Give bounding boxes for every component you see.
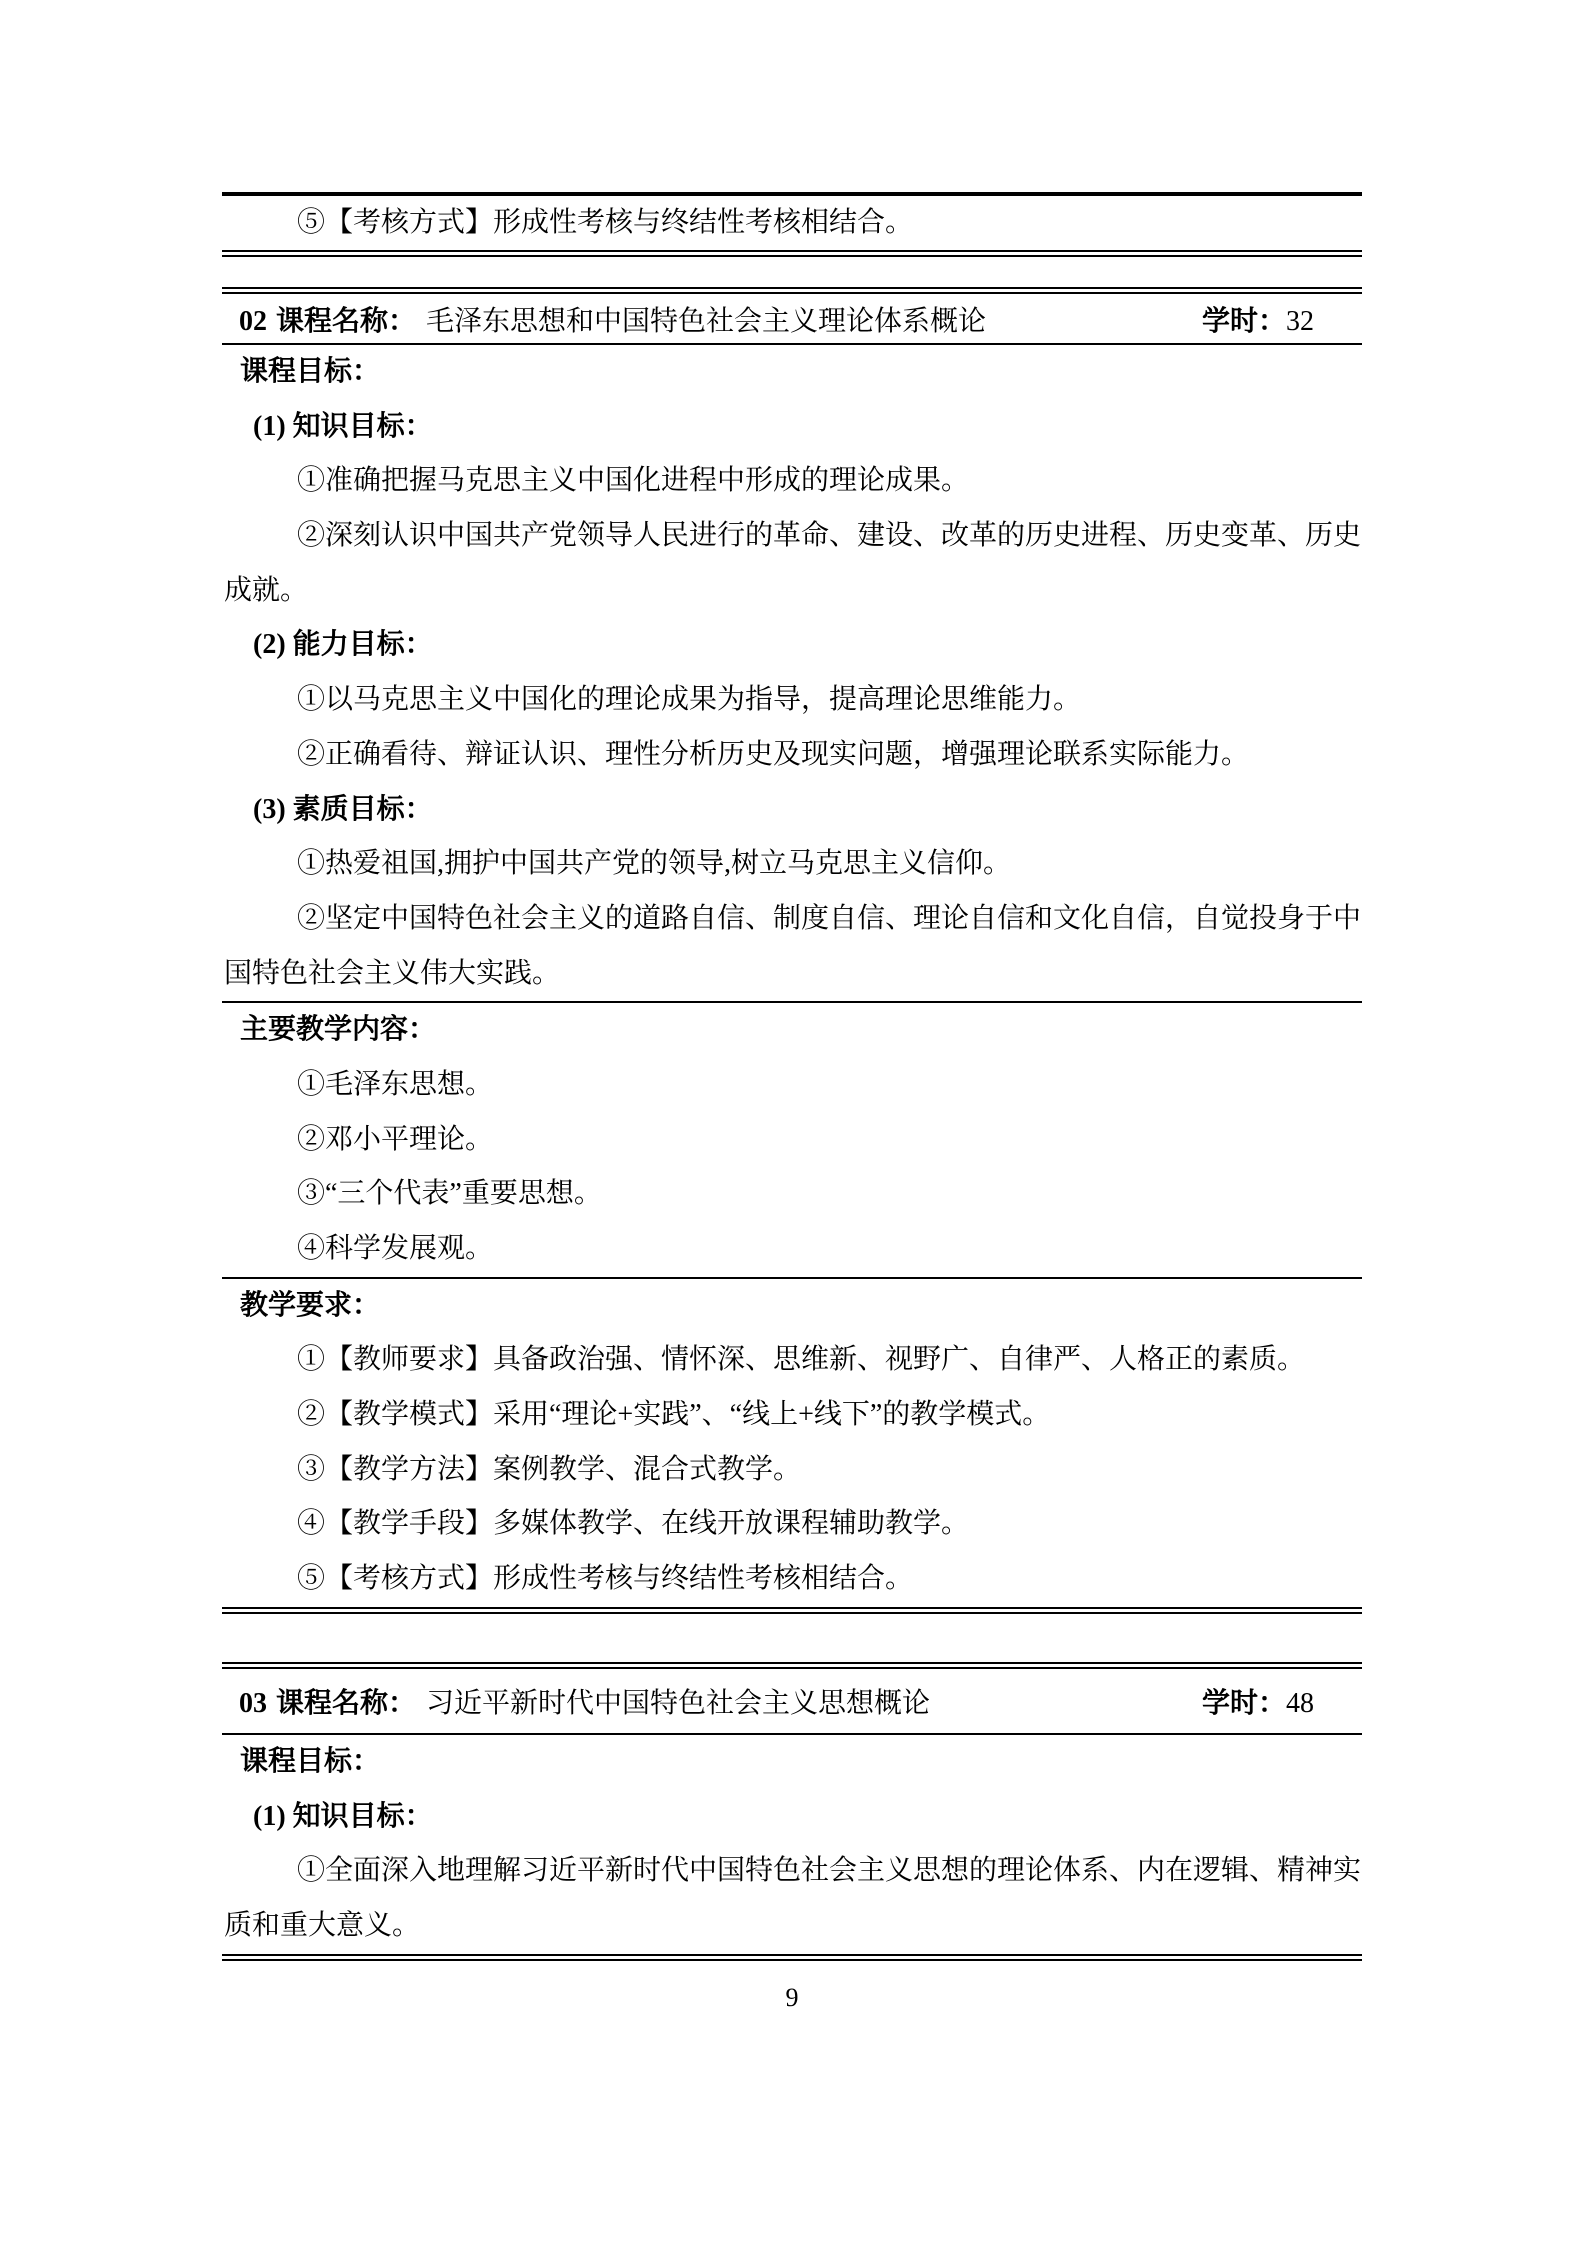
hours-value: 48 [1286,1688,1314,1719]
sub-heading: (2) 能力目标： [222,618,1362,673]
content-line: ③“三个代表”重要思想。 [222,1167,1362,1222]
content-line: ④【教学手段】多媒体教学、在线开放课程辅助教学。 [222,1497,1362,1552]
block-heading: 课程目标： [222,1735,1362,1790]
content-line: ①以马克思主义中国化的理论成果为指导，提高理论思维能力。 [222,673,1362,728]
block-heading: 课程目标： [222,345,1362,400]
table-rule-double [222,287,1362,294]
course-02-header-row: 02课程名称：毛泽东思想和中国特色社会主义理论体系概论 学时：32 [222,294,1362,343]
table-rule-double [222,1607,1362,1614]
content-line: ①全面深入地理解习近平新时代中国特色社会主义思想的理论体系、内在逻辑、精神实 [222,1844,1362,1899]
document-page: { "page": { "number": "9" }, "prev_cours… [0,0,1587,2245]
course-code: 03 [239,1688,267,1719]
content-line: ①准确把握马克思主义中国化进程中形成的理论成果。 [222,454,1362,509]
sub-heading: (1) 知识目标： [222,400,1362,455]
content-line: ⑤【考核方式】形成性考核与终结性考核相结合。 [222,196,1362,250]
content-line: ④科学发展观。 [222,1222,1362,1277]
course-hours: 学时：48 [1202,1681,1314,1721]
top-margin [222,0,1362,192]
content-line: ②【教学模式】采用“理论+实践”、“线上+线下”的教学模式。 [222,1388,1362,1443]
sub-heading: (3) 素质目标： [222,783,1362,838]
hours-label: 学时： [1202,1688,1286,1719]
block-heading: 主要教学内容： [222,1003,1362,1058]
content-line: 质和重大意义。 [222,1899,1362,1954]
content-line: ②坚定中国特色社会主义的道路自信、制度自信、理论自信和文化自信，自觉投身于中 [222,892,1362,947]
table-rule-double [222,1954,1362,1961]
hours-value: 32 [1286,306,1314,337]
course-code: 02 [239,306,267,337]
course-03-header-row: 03课程名称：习近平新时代中国特色社会主义思想概论 学时：48 [222,1669,1362,1733]
course-title: 03课程名称：习近平新时代中国特色社会主义思想概论 [239,1681,930,1721]
content-line: ①热爱祖国,拥护中国共产党的领导,树立马克思主义信仰。 [222,837,1362,892]
table-rule-double [222,1662,1362,1669]
content-line: ⑤【考核方式】形成性考核与终结性考核相结合。 [222,1552,1362,1607]
content-line: ②正确看待、辩证认识、理性分析历史及现实问题，增强理论联系实际能力。 [222,728,1362,783]
table-rule-double [222,250,1362,257]
content-line: ①【教师要求】具备政治强、情怀深、思维新、视野广、自律严、人格正的素质。 [222,1333,1362,1388]
content-line: 成就。 [222,564,1362,619]
block-heading: 教学要求： [222,1279,1362,1334]
content-line: ③【教学方法】案例教学、混合式教学。 [222,1443,1362,1498]
table-gap [222,257,1362,287]
course-name-label: 课程名称： [276,1688,416,1719]
course-name: 习近平新时代中国特色社会主义思想概论 [426,1688,930,1719]
course-name: 毛泽东思想和中国特色社会主义理论体系概论 [426,306,986,337]
content-line: ①毛泽东思想。 [222,1058,1362,1113]
content-line: 国特色社会主义伟大实践。 [222,947,1362,1002]
document-body: ⑤【考核方式】形成性考核与终结性考核相结合。 02课程名称：毛泽东思想和中国特色… [222,0,1362,2013]
page-number: 9 [222,1983,1362,2013]
course-hours: 学时：32 [1202,299,1314,339]
course-name-label: 课程名称： [276,306,416,337]
sub-heading: (1) 知识目标： [222,1790,1362,1845]
course-title: 02课程名称：毛泽东思想和中国特色社会主义理论体系概论 [239,299,986,339]
content-line: ②邓小平理论。 [222,1113,1362,1168]
content-line: ②深刻认识中国共产党领导人民进行的革命、建设、改革的历史进程、历史变革、历史 [222,509,1362,564]
table-gap [222,1614,1362,1662]
hours-label: 学时： [1202,306,1286,337]
